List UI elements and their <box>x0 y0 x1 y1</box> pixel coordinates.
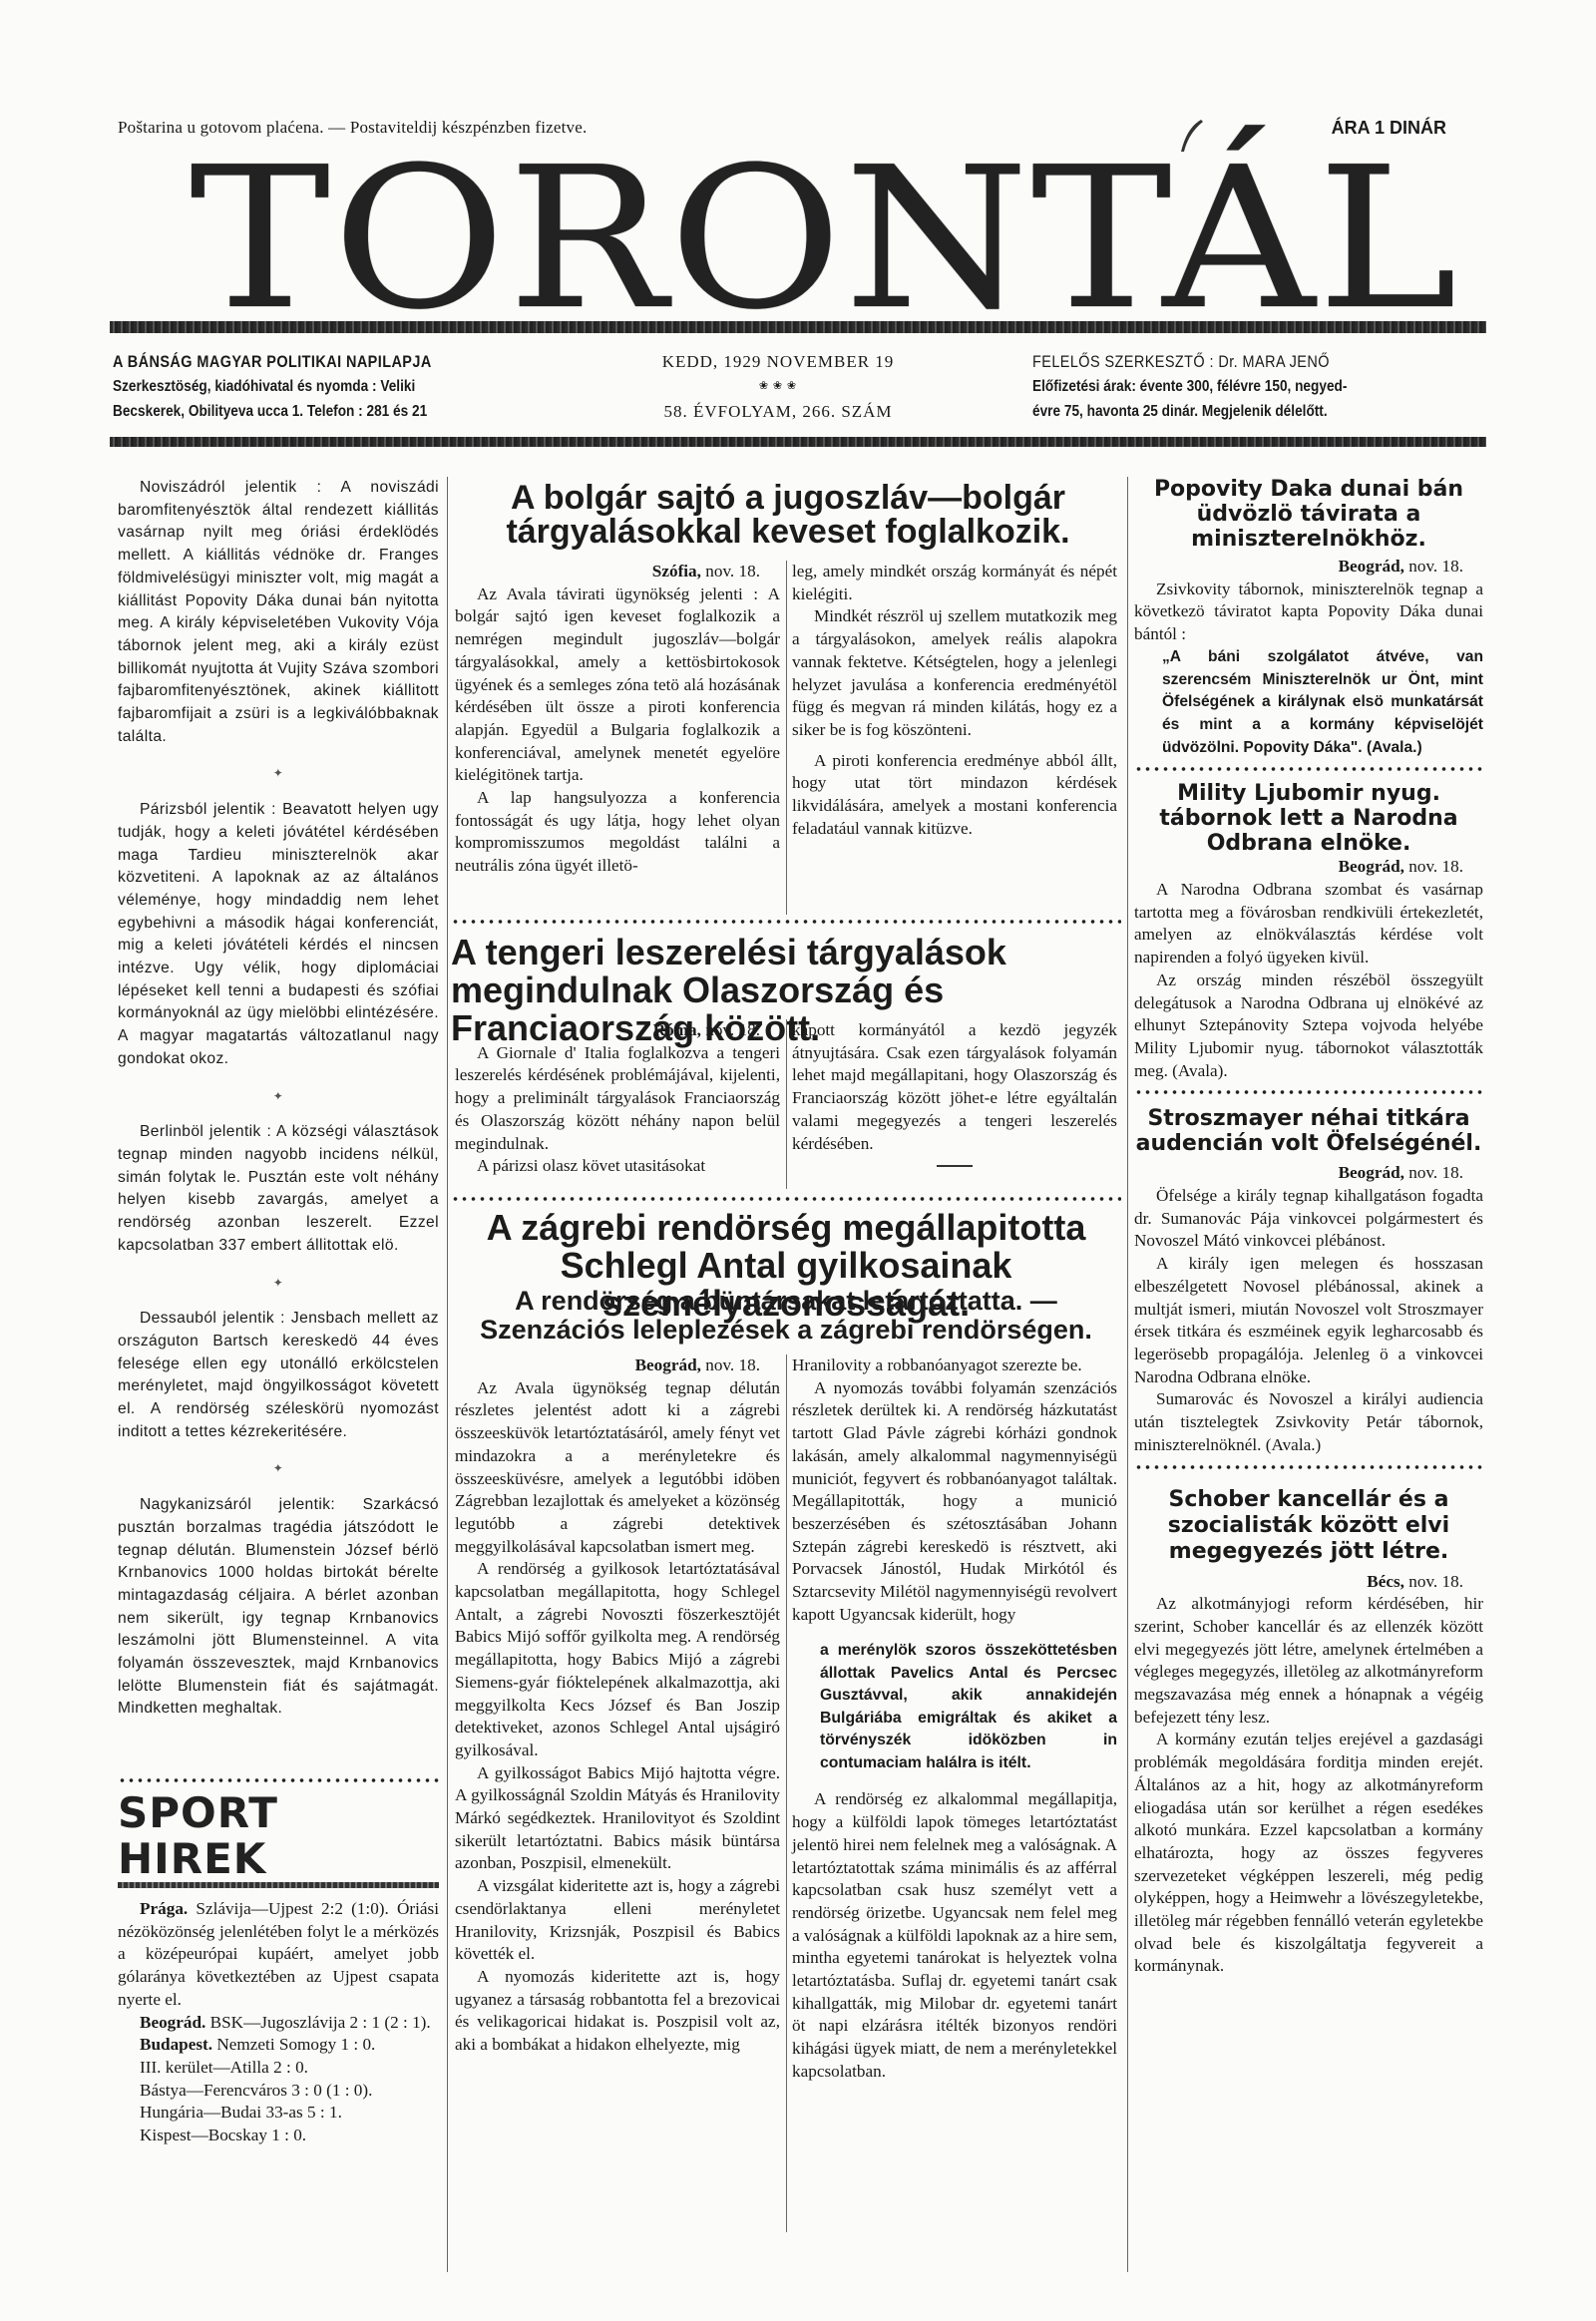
sport-result: Hungária—Budai 33-as 5 : 1. <box>118 2102 439 2125</box>
bulgar-col2: leg, amely mindkét ország kormányát és n… <box>792 561 1117 840</box>
newspaper-page: Poštarina u gotovom plaćena. — Postavite… <box>0 0 1596 2321</box>
paragraph: A nyomozás kideritette azt is, hogy ugya… <box>455 1966 780 2057</box>
header-center: KEDD, 1929 NOVEMBER 19 ❀ ❀ ❀ 58. ÉVFOLYA… <box>618 349 938 424</box>
brief-noviszad: Noviszádról jelentik : A noviszádi barom… <box>118 477 439 748</box>
paragraph: Sumarovác és Novoszel a királyi audienci… <box>1134 1388 1483 1456</box>
paragraph: A nyomozás további folyamán szenzációs r… <box>792 1377 1117 1627</box>
sport-place: Budapest. <box>140 2035 212 2054</box>
column-rule <box>786 1019 787 1189</box>
dotted-divider <box>1134 765 1483 773</box>
paragraph: A vizsgálat kideritette azt is, hogy a z… <box>455 1875 780 1966</box>
paragraph: leg, amely mindkét ország kormányát és n… <box>792 561 1117 605</box>
sport-result: Bástya—Ferencváros 3 : 0 (1 : 0). <box>118 2080 439 2103</box>
brief-berlin: Berlinböl jelentik : A községi választás… <box>118 1121 439 1257</box>
dateline-place: Szófia, <box>652 562 701 580</box>
paragraph: Az Avala távirati ügynökség jelenti : A … <box>455 583 780 787</box>
bulgar-col1: Szófia, nov. 18. Az Avala távirati ügynö… <box>455 561 780 878</box>
office-address-2: Becskerek, Obilityeva ucca 1. Telefon : … <box>113 399 490 424</box>
dateline: Róma, nov. 18. <box>455 1019 780 1042</box>
briefs-column: Noviszádról jelentik : A noviszádi barom… <box>118 477 439 1721</box>
dateline-place: Beográd, <box>1339 857 1404 876</box>
subscription-2: évre 75, havonta 25 dinár. Megjelenik dé… <box>1032 399 1431 424</box>
sport-result: Kispest—Bocskay 1 : 0. <box>118 2125 439 2147</box>
dateline: Beográd, nov. 18. <box>1134 556 1483 579</box>
sport-item-budapest: Budapest. Nemzeti Somogy 1 : 0. <box>118 2034 439 2057</box>
paragraph: A párizsi olasz követ utasitásokat <box>455 1155 780 1178</box>
dotted-divider <box>1134 1088 1483 1096</box>
bold-inset: a merénylök szoros összeköttetésben állo… <box>792 1640 1117 1774</box>
dotted-divider <box>1134 1463 1483 1471</box>
paragraph: A Narodna Odbrana szombat és vasárnap ta… <box>1134 879 1483 969</box>
paragraph: Mindkét részröl uj szellem mutatkozik me… <box>792 605 1117 741</box>
paragraph: A kormány ezután teljes erejével a gazda… <box>1134 1729 1483 1978</box>
column-rule <box>786 561 787 915</box>
separator-star-icon: ✦ <box>118 1272 439 1295</box>
sport-text: Nemzeti Somogy 1 : 0. <box>216 2035 375 2054</box>
brief-nagykanizsa: Nagykanizsáról jelentik: Szarkácsó puszt… <box>118 1494 439 1721</box>
paragraph: Az alkotmányjogi reform kérdésében, hir … <box>1134 1593 1483 1729</box>
paragraph: A rendörség ez alkalommal megállapitja, … <box>792 1788 1117 2083</box>
dateline-date: nov. 18. <box>705 562 760 580</box>
right-column: Popovity Daka dunai bán üdvözlö távirata… <box>1134 477 1483 1978</box>
dotted-divider <box>451 1195 1121 1203</box>
end-dash <box>937 1165 973 1167</box>
dateline-place: Beográd, <box>1339 557 1404 576</box>
dotted-divider <box>451 918 1121 926</box>
paragraph: A Giornale d' Italia foglalkozva a tenge… <box>455 1042 780 1156</box>
separator-star-icon: ✦ <box>118 762 439 785</box>
paragraph: A király igen melegen és hosszasan elbes… <box>1134 1253 1483 1388</box>
headline-schober: Schober kancellár és a szocialisták közö… <box>1134 1487 1483 1565</box>
paragraph: A gyilkosságot Babics Mijó hajtotta végr… <box>455 1762 780 1876</box>
telegram-quote: „A báni szolgálatot átvéve, van szerencs… <box>1134 646 1483 760</box>
sport-title: SPORT HIREK <box>118 1790 439 1882</box>
separator-star-icon: ✦ <box>118 1457 439 1480</box>
subscription-1: Előfizetési árak: évente 300, félévre 15… <box>1032 374 1431 399</box>
editor-line: FELELŐS SZERKESZTŐ : Dr. MARA JENŐ <box>1032 349 1418 374</box>
masthead-rule-bottom <box>110 437 1486 447</box>
headline-mility: Mility Ljubomir nyug. tábornok lett a Na… <box>1134 781 1483 856</box>
dateline-place: Róma, <box>653 1020 701 1039</box>
brief-paris: Párizsból jelentik : Beavatott helyen ug… <box>118 799 439 1070</box>
dateline-place: Beográd, <box>635 1355 701 1374</box>
sport-section: SPORT HIREK Prága. Szlávija—Ujpest 2:2 (… <box>118 1770 439 2147</box>
sport-place: Beográd. <box>140 2013 205 2032</box>
dateline-date: nov. 18. <box>1408 557 1463 576</box>
dateline-place: Beográd, <box>1339 1163 1404 1182</box>
column-rule <box>1127 477 1128 2272</box>
dateline-place: Bécs, <box>1367 1572 1404 1591</box>
newspaper-title: TORONTÁL <box>130 150 1519 329</box>
header-right: FELELŐS SZERKESZTŐ : Dr. MARA JENŐ Előfi… <box>1032 349 1486 424</box>
dateline: Beográd, nov. 18. <box>455 1354 780 1377</box>
dateline-date: nov. 18. <box>705 1355 760 1374</box>
office-address-1: Szerkesztöség, kiadóhivatal és nyomda : … <box>113 374 490 399</box>
paragraph: Zsivkovity tábornok, miniszterelnök tegn… <box>1134 579 1483 646</box>
dateline: Beográd, nov. 18. <box>1134 1162 1483 1185</box>
dateline-date: nov. 18. <box>1408 1163 1463 1182</box>
zagreb-col1: Beográd, nov. 18. Az Avala ügynökség teg… <box>455 1354 780 2057</box>
paragraph: Az ország minden részéböl összegyült del… <box>1134 969 1483 1083</box>
brief-dessau: Dessauból jelentik : Jensbach mellett az… <box>118 1308 439 1443</box>
column-rule <box>447 477 448 2272</box>
sport-item-beograd: Beográd. BSK—Jugoszlávija 2 : 1 (2 : 1). <box>118 2012 439 2035</box>
subheadline-zagreb: A rendörség a büntársakat letartóztatta.… <box>451 1287 1121 1345</box>
headline-popovity: Popovity Daka dunai bán üdvözlö távirata… <box>1134 477 1483 552</box>
sport-text: BSK—Jugoszlávija 2 : 1 (2 : 1). <box>210 2013 431 2032</box>
issue-date: KEDD, 1929 NOVEMBER 19 <box>618 349 938 374</box>
naval-col1: Róma, nov. 18. A Giornale d' Italia fogl… <box>455 1019 780 1178</box>
paragraph: Öfelsége a király tegnap kihallgatáson f… <box>1134 1185 1483 1253</box>
paragraph: Hranilovity a robbanóanyagot szerezte be… <box>792 1354 1117 1377</box>
issue-number: 58. ÉVFOLYAM, 266. SZÁM <box>618 399 938 424</box>
sport-result: III. kerület—Atilla 2 : 0. <box>118 2057 439 2080</box>
dateline-date: nov. 18. <box>705 1020 760 1039</box>
dateline-date: nov. 18. <box>1408 857 1463 876</box>
dateline: Beográd, nov. 18. <box>1134 856 1483 879</box>
paragraph: A piroti konferencia eredménye abból áll… <box>792 750 1117 841</box>
paragraph: kapott kormányától a kezdö jegyzék átnyu… <box>792 1019 1117 1155</box>
dotted-divider <box>118 1776 439 1784</box>
sport-item-praga: Prága. Szlávija—Ujpest 2:2 (1:0). Óriási… <box>118 1898 439 2012</box>
header-left: A BÁNSÁG MAGYAR POLITIKAI NAPILAPJA Szer… <box>113 349 542 424</box>
column-rule <box>786 1354 787 2232</box>
zagreb-col2: Hranilovity a robbanóanyagot szerezte be… <box>792 1354 1117 2084</box>
naval-col2: kapott kormányától a kezdö jegyzék átnyu… <box>792 1019 1117 1167</box>
dateline-date: nov. 18. <box>1408 1572 1463 1591</box>
separator-star-icon: ✦ <box>118 1085 439 1108</box>
paragraph: A lap hangsulyozza a konferencia fontoss… <box>455 787 780 878</box>
masthead-rule-top <box>110 321 1486 333</box>
paper-subtitle: A BÁNSÁG MAGYAR POLITIKAI NAPILAPJA <box>113 349 478 374</box>
headline-bulgar: A bolgár sajtó a jugoszláv—bolgár tárgya… <box>454 481 1122 549</box>
sport-place: Prága. <box>140 1899 188 1918</box>
headline-stroszmayer: Stroszmayer néhai titkára audencián volt… <box>1134 1106 1483 1156</box>
dateline: Szófia, nov. 18. <box>455 561 780 583</box>
ornament-icon: ❀ ❀ ❀ <box>618 374 938 399</box>
paragraph: Az Avala ügynökség tegnap délután részle… <box>455 1377 780 1559</box>
paragraph: A rendörség a gyilkosok letartóztatásáva… <box>455 1558 780 1761</box>
dateline: Bécs, nov. 18. <box>1134 1571 1483 1594</box>
